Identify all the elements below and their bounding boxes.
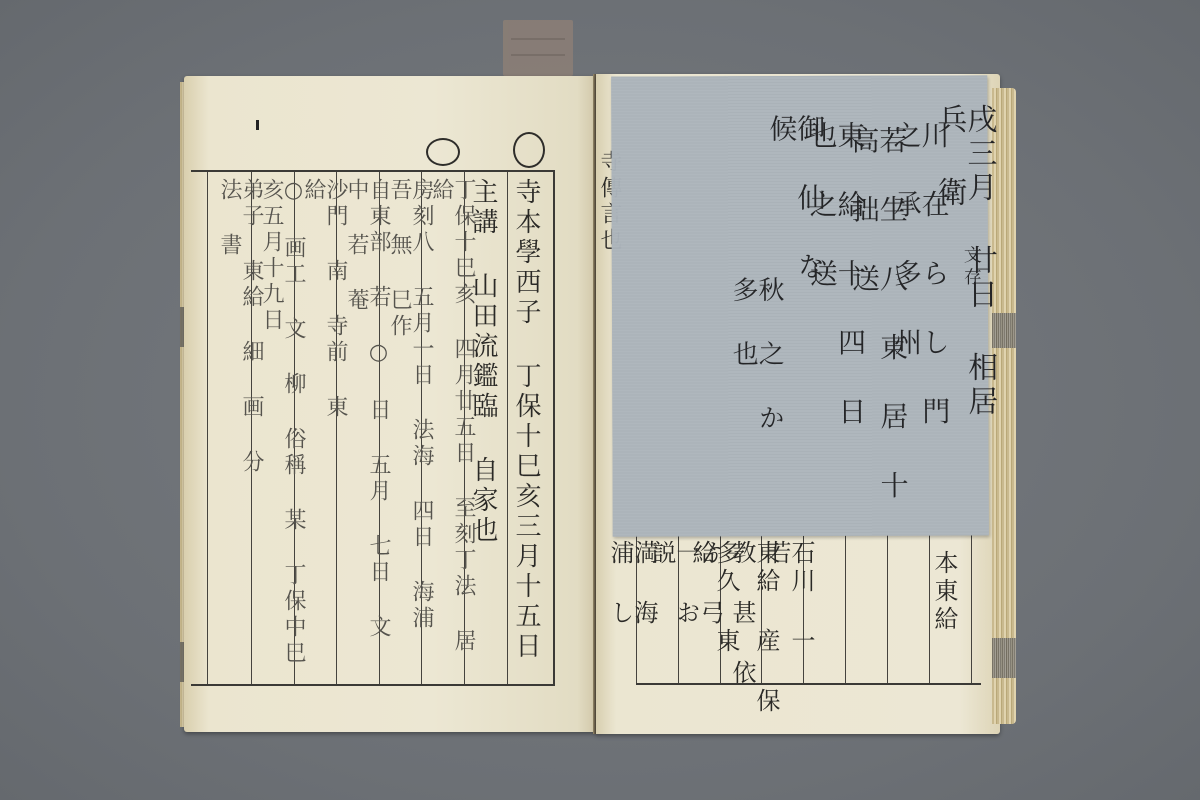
right-lower-column-1: 本東給: [932, 550, 956, 670]
pasted-note-slip: 戌三月 廿日 相居 兵 衛 文存 川 在 ら し 門 之 承 多 州 若 生 八…: [611, 75, 989, 536]
right-lower-column-6: 満 海 浦 し: [608, 540, 656, 680]
circle-mark: [513, 132, 545, 168]
left-column-7: ○ 画工 文 柳 俗稱 某 丁保中巳亥五月十九日: [260, 178, 304, 678]
right-lower-column-5: ゟ 弓 一 お 説: [650, 540, 722, 680]
left-column-4: 房刻八 五月一日 法海 四日 海浦 吾 無 巳作: [388, 178, 432, 678]
left-column-6: 沙門 南 寺前 東給: [302, 178, 346, 438]
note-column-6: 秋 之 か 多 也: [730, 276, 783, 496]
left-column-1: 寺本學西子 丁保十巳亥三月十五日: [513, 178, 539, 678]
bleed-through-text: [652, 197, 653, 497]
ink-mark: [256, 120, 259, 130]
left-column-3: 丁保十巳亥 四月廿五日 至刻丁法 居給: [430, 178, 474, 678]
left-column-5: 自東部 若 ○ 日 五月 七日 文 中 若 菴: [345, 178, 389, 678]
paper-tab-marker: [503, 20, 573, 76]
note-side-annotation: 文存: [962, 245, 980, 289]
left-column-8: 弟子 東給 細 画 分 法 書: [218, 178, 262, 498]
circle-mark: [426, 138, 460, 166]
